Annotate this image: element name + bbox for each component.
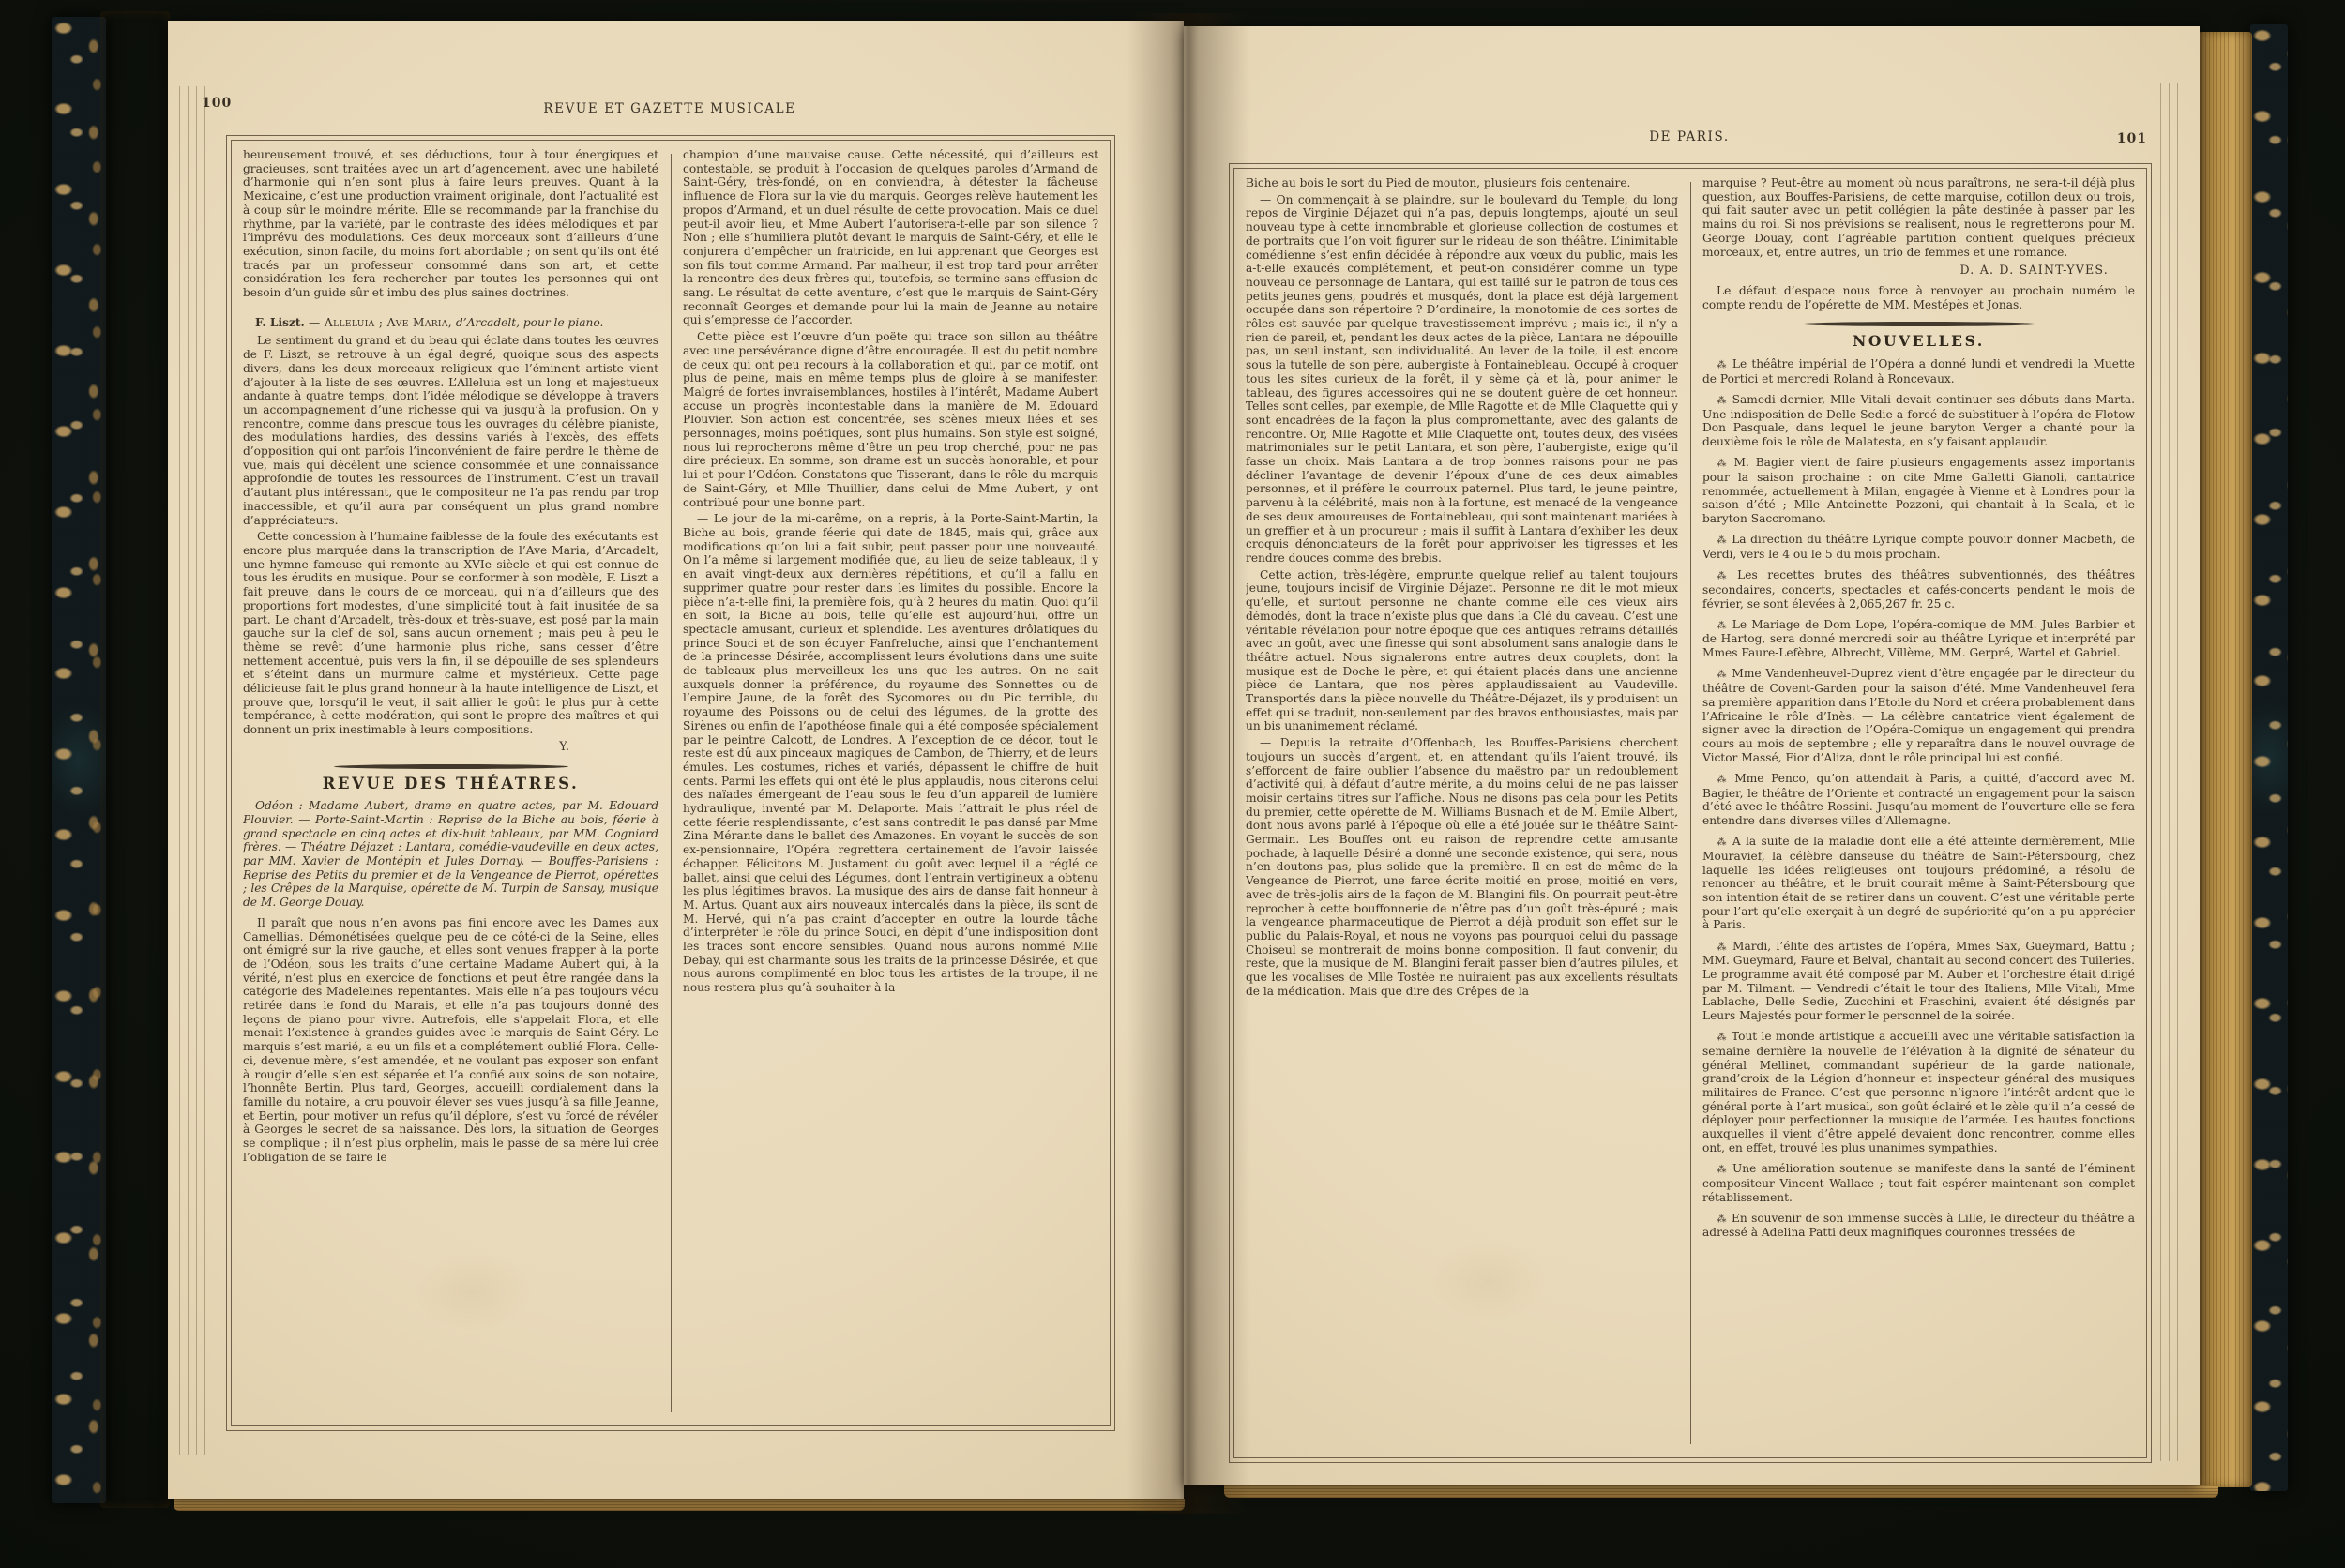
theatre-program-summary: Odéon : Madame Aubert, drame en quatre a… [243, 799, 658, 910]
news-item-text: Le Mariage de Dom Lope, l’opéra-comique … [1702, 618, 2135, 659]
asterism-icon: ⁂ [1717, 1214, 1727, 1225]
news-item-text: En souvenir de son immense succès à Lill… [1702, 1212, 2135, 1240]
theatres-section-heading: REVUE DES THÉATRES. [243, 777, 658, 792]
news-item-text: Le théâtre impérial de l’Opéra a donné l… [1702, 357, 2135, 385]
paragraph: — Le jour de la mi-carême, on a repris, … [683, 512, 1098, 995]
left-cover-board [52, 17, 106, 1503]
asterism-icon: ⁂ [1717, 1164, 1728, 1175]
news-item: ⁂Mme Penco, qu’on attendait à Paris, a q… [1702, 772, 2135, 828]
news-item: ⁂Tout le monde artistique a accueilli av… [1702, 1030, 2135, 1154]
asterism-icon: ⁂ [1717, 395, 1728, 406]
news-item-text: La direction du théâtre Lyrique compte p… [1702, 533, 2135, 561]
bottom-page-edges-right [1224, 1485, 2218, 1498]
page-frame-left: heureusement trouvé, et ses déductions, … [226, 135, 1115, 1431]
paragraph: Il paraît que nous n’en avons pas fini e… [243, 916, 658, 1165]
news-item-text: Les recettes brutes des théâtres subvent… [1702, 568, 2135, 610]
fore-edge-lines-left [179, 86, 213, 1455]
paragraph: — Depuis la retraite d’Offenbach, les Bo… [1246, 736, 1678, 998]
news-item: ⁂La direction du théâtre Lyrique compte … [1702, 533, 2135, 561]
author-signature: D. A. D. SAINT-YVES. [1702, 264, 2135, 278]
reviewer-signature: Y. [243, 740, 658, 754]
paragraph: Cette concession à l’humaine faiblesse d… [243, 530, 658, 737]
news-item-text: M. Bagier vient de faire plusieurs engag… [1702, 456, 2135, 525]
news-item: ⁂Mardi, l’élite des artistes de l’opéra,… [1702, 940, 2135, 1023]
right-page: 101 DE PARIS. Biche au bois le sort du P… [1184, 26, 2200, 1485]
paragraph: Cette pièce est l’œuvre d’un poëte qui t… [683, 330, 1098, 509]
asterism-icon: ⁂ [1717, 669, 1727, 680]
paragraph: champion d’une mauvaise cause. Cette néc… [683, 148, 1098, 327]
nouvelles-section-heading: NOUVELLES. [1702, 335, 2135, 349]
running-title-left: REVUE ET GAZETTE MUSICALE [226, 101, 1113, 116]
swelled-rule [1802, 322, 2036, 326]
news-item: ⁂Samedi dernier, Mlle Vitali devait cont… [1702, 393, 2135, 449]
news-item-text: Une amélioration soutenue se manifeste d… [1702, 1162, 2135, 1203]
news-item: ⁂Le théâtre impérial de l’Opéra a donné … [1702, 357, 2135, 385]
work-detail: d’Arcadelt, pour le piano. [452, 316, 603, 329]
news-item-text: Tout le monde artistique a accueilli ave… [1702, 1030, 2135, 1154]
news-item-text: Mme Penco, qu’on attendait à Paris, a qu… [1702, 772, 2135, 827]
asterism-icon: ⁂ [1717, 942, 1728, 953]
liszt-review-heading: F. Liszt. — Alleluia ; Ave Maria, d’Arca… [243, 316, 658, 330]
asterism-icon: ⁂ [1717, 837, 1728, 848]
asterism-icon: ⁂ [1717, 774, 1730, 785]
asterism-icon: ⁂ [1717, 620, 1728, 631]
column-divider [1690, 182, 1691, 1444]
paragraph: marquise ? Peut-être au moment où nous p… [1702, 176, 2135, 259]
left-page-column-2: champion d’une mauvaise cause. Cette néc… [683, 148, 1098, 1418]
news-item-text: Samedi dernier, Mlle Vitali devait conti… [1702, 393, 2135, 448]
news-item-text: Mme Vandenheuvel-Duprez vient d’être eng… [1702, 667, 2135, 763]
left-page-column-1: heureusement trouvé, et ses déductions, … [243, 148, 658, 1418]
news-item: ⁂En souvenir de son immense succès à Lil… [1702, 1212, 2135, 1240]
paragraph: Le sentiment du grand et du beau qui écl… [243, 334, 658, 527]
right-page-edges [2198, 32, 2252, 1487]
paragraph: Cette action, très-légère, emprunte quel… [1246, 568, 1678, 733]
bottom-page-edges-left [174, 1499, 1185, 1511]
columns-left-page: heureusement trouvé, et ses déductions, … [243, 148, 1098, 1418]
running-title-right: DE PARIS. [1229, 129, 2150, 144]
news-item: ⁂Les recettes brutes des théâtres subven… [1702, 568, 2135, 611]
asterism-icon: ⁂ [1717, 570, 1732, 581]
asterism-icon: ⁂ [1717, 458, 1730, 469]
paragraph: Biche au bois le sort du Pied de mouton,… [1246, 176, 1678, 190]
right-cover-board [2250, 24, 2288, 1491]
left-page-edges [100, 11, 170, 1508]
paragraph: heureusement trouvé, et ses déductions, … [243, 148, 658, 300]
news-item: ⁂Une amélioration soutenue se manifeste … [1702, 1162, 2135, 1204]
columns-right-page: Biche au bois le sort du Pied de mouton,… [1246, 176, 2135, 1450]
open-book: 100 REVUE ET GAZETTE MUSICALE heureuseme… [52, 6, 2289, 1544]
fore-edge-lines-right [2160, 83, 2192, 1461]
paragraph: Le défaut d’espace nous force à renvoyer… [1702, 284, 2135, 311]
news-item-text: A la suite de la maladie dont elle a été… [1702, 835, 2135, 931]
left-page: 100 REVUE ET GAZETTE MUSICALE heureuseme… [168, 21, 1184, 1499]
right-page-column-2: marquise ? Peut-être au moment où nous p… [1702, 176, 2135, 1450]
work-titles: — Alleluia ; Ave Maria, [305, 316, 452, 329]
right-page-column-1: Biche au bois le sort du Pied de mouton,… [1246, 176, 1678, 1450]
section-rule [345, 309, 556, 309]
paragraph: — On commençait à se plaindre, sur le bo… [1246, 193, 1678, 565]
column-divider [671, 154, 672, 1412]
swelled-rule [334, 764, 568, 769]
scanned-book-background: 100 REVUE ET GAZETTE MUSICALE heureuseme… [0, 0, 2345, 1568]
asterism-icon: ⁂ [1717, 1032, 1727, 1043]
news-item: ⁂M. Bagier vient de faire plusieurs enga… [1702, 456, 2135, 526]
news-item: ⁂Le Mariage de Dom Lope, l’opéra-comique… [1702, 618, 2135, 660]
composer-name: F. Liszt. [255, 316, 305, 329]
page-frame-right: Biche au bois le sort du Pied de mouton,… [1229, 163, 2152, 1463]
news-item-text: Mardi, l’élite des artistes de l’opéra, … [1702, 940, 2135, 1023]
asterism-icon: ⁂ [1717, 535, 1727, 546]
news-item: ⁂Mme Vandenheuvel-Duprez vient d’être en… [1702, 667, 2135, 764]
news-item: ⁂A la suite de la maladie dont elle a ét… [1702, 835, 2135, 932]
asterism-icon: ⁂ [1717, 359, 1728, 370]
